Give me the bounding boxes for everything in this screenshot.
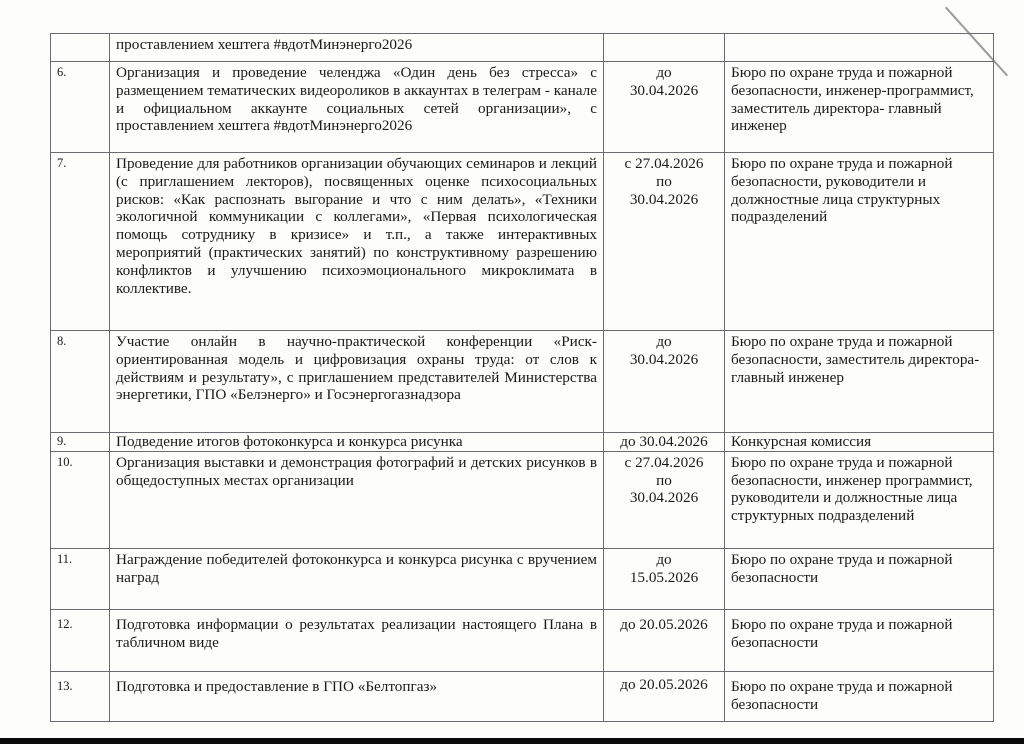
row-responsible: Бюро по охране труда и пожарной безопасн… xyxy=(725,451,994,548)
row-number: 12. xyxy=(51,609,110,671)
table-body: проставлением хештега #вдотМинэнерго2026… xyxy=(51,34,994,722)
row-deadline: до 20.05.2026 xyxy=(604,609,725,671)
table-row: 7. Проведение для работников организации… xyxy=(51,153,994,331)
row-description: Подготовка и предоставление в ГПО «Белто… xyxy=(110,671,604,721)
deadline-line: по xyxy=(610,472,718,490)
activity-plan-table: проставлением хештега #вдотМинэнерго2026… xyxy=(50,33,994,722)
row-deadline: до 30.04.2026 xyxy=(604,433,725,452)
deadline-line: до xyxy=(610,333,718,351)
scanned-page: проставлением хештега #вдотМинэнерго2026… xyxy=(0,0,1024,744)
row-description: Проведение для работников организации об… xyxy=(110,153,604,331)
table-row: 12. Подготовка информации о результатах … xyxy=(51,609,994,671)
row-number: 7. xyxy=(51,153,110,331)
row-deadline: до 20.05.2026 xyxy=(604,671,725,721)
row-responsible: Бюро по охране труда и пожарной безопасн… xyxy=(725,609,994,671)
deadline-line: 15.05.2026 xyxy=(610,569,718,587)
row-number: 9. xyxy=(51,433,110,452)
deadline-line: до 20.05.2026 xyxy=(610,676,718,694)
deadline-line: до 30.04.2026 xyxy=(610,433,718,451)
deadline-line: 30.04.2026 xyxy=(610,351,718,369)
row-responsible: Бюро по охране труда и пожарной безопасн… xyxy=(725,62,994,153)
row-description: Награждение победителей фотоконкурса и к… xyxy=(110,548,604,609)
deadline-line: с 27.04.2026 xyxy=(610,454,718,472)
row-responsible: Бюро по охране труда и пожарной безопасн… xyxy=(725,153,994,331)
row-description: Подведение итогов фотоконкурса и конкурс… xyxy=(110,433,604,452)
deadline-line: до xyxy=(610,551,718,569)
row-number: 13. xyxy=(51,671,110,721)
table-row: 9. Подведение итогов фотоконкурса и конк… xyxy=(51,433,994,452)
row-description: Организация выставки и демонстрация фото… xyxy=(110,451,604,548)
row-deadline: с 27.04.2026 по 30.04.2026 xyxy=(604,153,725,331)
row-description: Организация и проведение челенджа «Один … xyxy=(110,62,604,153)
deadline-line: по xyxy=(610,173,718,191)
row-description: Участие онлайн в научно-практической кон… xyxy=(110,331,604,433)
row-number: 8. xyxy=(51,331,110,433)
deadline-line: 30.04.2026 xyxy=(610,82,718,100)
table-row: 8. Участие онлайн в научно-практической … xyxy=(51,331,994,433)
scanner-edge-bar xyxy=(0,738,1024,744)
table-row: 6. Организация и проведение челенджа «Од… xyxy=(51,62,994,153)
row-responsible: Конкурсная комиссия xyxy=(725,433,994,452)
deadline-line: до 20.05.2026 xyxy=(610,616,718,634)
row-responsible xyxy=(725,34,994,62)
table-row: 13. Подготовка и предоставление в ГПО «Б… xyxy=(51,671,994,721)
row-responsible: Бюро по охране труда и пожарной безопасн… xyxy=(725,548,994,609)
row-description: Подготовка информации о результатах реал… xyxy=(110,609,604,671)
row-responsible: Бюро по охране труда и пожарной безопасн… xyxy=(725,331,994,433)
deadline-line: 30.04.2026 xyxy=(610,489,718,507)
row-number: 10. xyxy=(51,451,110,548)
row-deadline: до 30.04.2026 xyxy=(604,62,725,153)
table-row: 11. Награждение победителей фотоконкурса… xyxy=(51,548,994,609)
row-number: 11. xyxy=(51,548,110,609)
row-deadline: с 27.04.2026 по 30.04.2026 xyxy=(604,451,725,548)
deadline-line: до xyxy=(610,64,718,82)
row-number xyxy=(51,34,110,62)
table-row: проставлением хештега #вдотМинэнерго2026 xyxy=(51,34,994,62)
row-deadline: до 30.04.2026 xyxy=(604,331,725,433)
table-row: 10. Организация выставки и демонстрация … xyxy=(51,451,994,548)
deadline-line: с 27.04.2026 xyxy=(610,155,718,173)
deadline-line: 30.04.2026 xyxy=(610,191,718,209)
row-description: проставлением хештега #вдотМинэнерго2026 xyxy=(110,34,604,62)
row-deadline xyxy=(604,34,725,62)
row-responsible: Бюро по охране труда и пожарной безопасн… xyxy=(725,671,994,721)
row-number: 6. xyxy=(51,62,110,153)
row-deadline: до 15.05.2026 xyxy=(604,548,725,609)
